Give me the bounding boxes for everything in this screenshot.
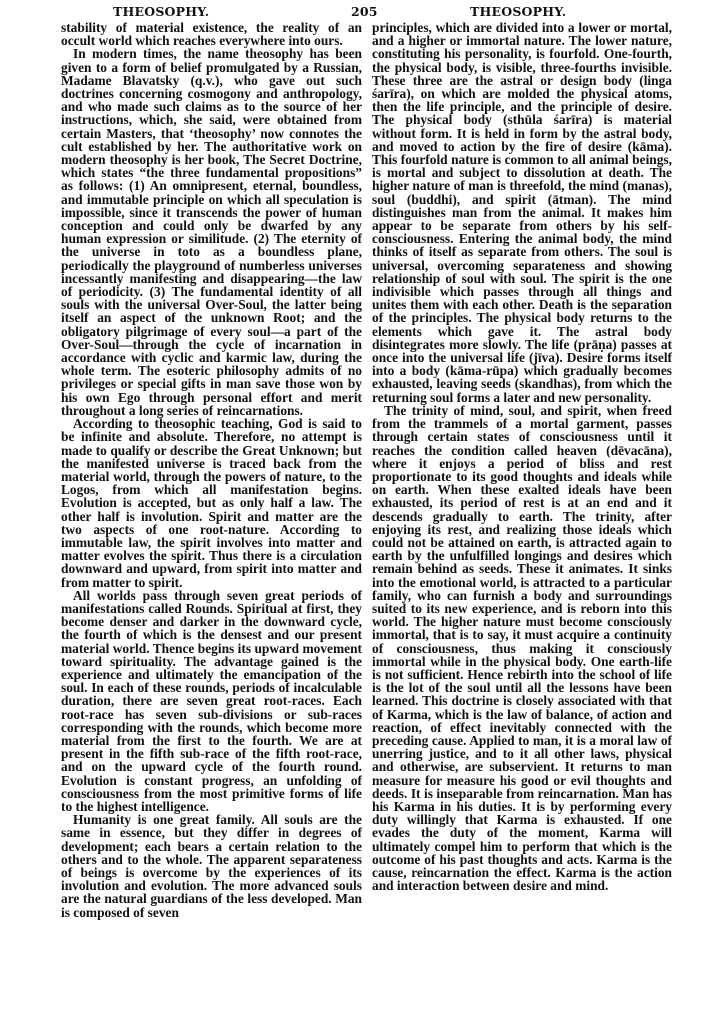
left-column: stability of material existence, the rea… [61,21,362,919]
header-title-left: THEOSOPHY. [113,4,209,19]
paragraph: stability of material existence, the rea… [61,21,362,47]
paragraph: The trinity of mind, soul, and spirit, w… [372,404,672,893]
header-title-right: THEOSOPHY. [470,4,566,19]
page-number: 205 [351,4,378,19]
paragraph: Humanity is one great family. All souls … [61,813,362,919]
right-column: principles, which are divided into a low… [372,21,672,892]
paragraph: principles, which are divided into a low… [372,21,672,404]
paragraph: All worlds pass through seven great peri… [61,589,362,813]
paragraph: In modern times, the name theosophy has … [61,47,362,417]
paragraph: According to theosophic teaching, God is… [61,417,362,589]
